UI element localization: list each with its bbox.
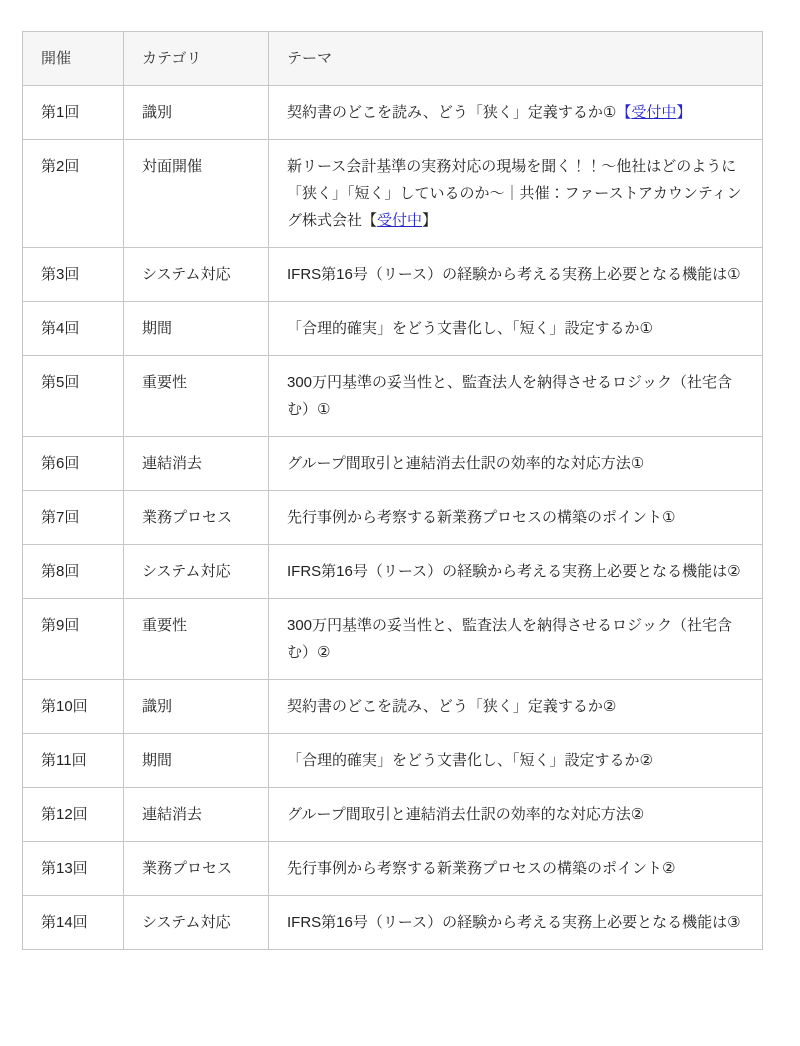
category-cell: 業務プロセス [124,491,269,545]
theme-cell: 新リース会計基準の実務対応の現場を聞く！！～他社はどのように「狭く」「短く」して… [269,140,763,248]
status-bracket-open: 【 [362,212,377,229]
table-row-第14回: 第14回システム対応IFRS第16号（リース）の経験から考える実務上必要となる機… [23,896,763,950]
session-cell: 第5回 [23,356,124,437]
theme-cell: グループ間取引と連結消去仕訳の効率的な対応方法① [269,437,763,491]
table-row-第8回: 第8回システム対応IFRS第16号（リース）の経験から考える実務上必要となる機能… [23,545,763,599]
session-cell: 第12回 [23,788,124,842]
theme-text: IFRS第16号（リース）の経験から考える実務上必要となる機能は③ [287,914,741,931]
theme-text: 先行事例から考察する新業務プロセスの構築のポイント① [287,509,675,526]
table-row-第9回: 第9回重要性300万円基準の妥当性と、監査法人を納得させるロジック（社宅含む）② [23,599,763,680]
theme-text: 「合理的確実」をどう文書化し、「短く」設定するか② [287,752,653,769]
category-cell: 業務プロセス [124,842,269,896]
session-cell: 第8回 [23,545,124,599]
category-cell: システム対応 [124,545,269,599]
session-cell: 第2回 [23,140,124,248]
session-cell: 第13回 [23,842,124,896]
category-cell: 重要性 [124,599,269,680]
theme-cell: 先行事例から考察する新業務プロセスの構築のポイント① [269,491,763,545]
theme-cell: グループ間取引と連結消去仕訳の効率的な対応方法② [269,788,763,842]
theme-text: グループ間取引と連結消去仕訳の効率的な対応方法② [287,806,644,823]
category-cell: 期間 [124,734,269,788]
session-cell: 第3回 [23,248,124,302]
category-cell: 識別 [124,86,269,140]
theme-text: グループ間取引と連結消去仕訳の効率的な対応方法① [287,455,644,472]
theme-cell: 「合理的確実」をどう文書化し、「短く」設定するか② [269,734,763,788]
table-header-row: 開催 カテゴリ テーマ [23,32,763,86]
table-row-第1回: 第1回識別契約書のどこを読み、どう「狭く」定義するか①【受付中】 [23,86,763,140]
status-bracket-close: 】 [676,104,691,121]
category-cell: システム対応 [124,248,269,302]
session-cell: 第4回 [23,302,124,356]
table-row-第12回: 第12回連結消去グループ間取引と連結消去仕訳の効率的な対応方法② [23,788,763,842]
theme-text: 300万円基準の妥当性と、監査法人を納得させるロジック（社宅含む）① [287,374,732,418]
category-cell: 連結消去 [124,788,269,842]
theme-text: 契約書のどこを読み、どう「狭く」定義するか② [287,698,616,715]
table-row-第6回: 第6回連結消去グループ間取引と連結消去仕訳の効率的な対応方法① [23,437,763,491]
category-cell: 識別 [124,680,269,734]
session-cell: 第14回 [23,896,124,950]
theme-cell: 300万円基準の妥当性と、監査法人を納得させるロジック（社宅含む）① [269,356,763,437]
theme-cell: 300万円基準の妥当性と、監査法人を納得させるロジック（社宅含む）② [269,599,763,680]
category-cell: システム対応 [124,896,269,950]
theme-text: 「合理的確実」をどう文書化し、「短く」設定するか① [287,320,653,337]
theme-cell: IFRS第16号（リース）の経験から考える実務上必要となる機能は③ [269,896,763,950]
session-cell: 第10回 [23,680,124,734]
table-row-第3回: 第3回システム対応IFRS第16号（リース）の経験から考える実務上必要となる機能… [23,248,763,302]
table-header: 開催 カテゴリ テーマ [23,32,763,86]
session-cell: 第1回 [23,86,124,140]
column-header-theme: テーマ [269,32,763,86]
session-cell: 第6回 [23,437,124,491]
theme-cell: 先行事例から考察する新業務プロセスの構築のポイント② [269,842,763,896]
status-link[interactable]: 受付中 [631,104,676,121]
status-bracket-close: 】 [422,212,437,229]
category-cell: 重要性 [124,356,269,437]
theme-text: 契約書のどこを読み、どう「狭く」定義するか① [287,104,616,121]
session-cell: 第7回 [23,491,124,545]
column-header-category: カテゴリ [124,32,269,86]
theme-text: IFRS第16号（リース）の経験から考える実務上必要となる機能は② [287,563,741,580]
table-body: 第1回識別契約書のどこを読み、どう「狭く」定義するか①【受付中】第2回対面開催新… [23,86,763,950]
category-cell: 連結消去 [124,437,269,491]
table-row-第5回: 第5回重要性300万円基準の妥当性と、監査法人を納得させるロジック（社宅含む）① [23,356,763,437]
theme-cell: IFRS第16号（リース）の経験から考える実務上必要となる機能は② [269,545,763,599]
theme-text: IFRS第16号（リース）の経験から考える実務上必要となる機能は① [287,266,741,283]
table-row-第2回: 第2回対面開催新リース会計基準の実務対応の現場を聞く！！～他社はどのように「狭く… [23,140,763,248]
seminar-schedule-table: 開催 カテゴリ テーマ 第1回識別契約書のどこを読み、どう「狭く」定義するか①【… [22,31,763,950]
category-cell: 期間 [124,302,269,356]
status-link[interactable]: 受付中 [377,212,422,229]
theme-text: 先行事例から考察する新業務プロセスの構築のポイント② [287,860,675,877]
table-row-第4回: 第4回期間「合理的確実」をどう文書化し、「短く」設定するか① [23,302,763,356]
session-cell: 第11回 [23,734,124,788]
theme-cell: IFRS第16号（リース）の経験から考える実務上必要となる機能は① [269,248,763,302]
theme-text: 300万円基準の妥当性と、監査法人を納得させるロジック（社宅含む）② [287,617,732,661]
column-header-session: 開催 [23,32,124,86]
page: 開催 カテゴリ テーマ 第1回識別契約書のどこを読み、どう「狭く」定義するか①【… [0,0,800,980]
theme-text: 新リース会計基準の実務対応の現場を聞く！！～他社はどのように「狭く」「短く」して… [287,158,742,229]
table-row-第11回: 第11回期間「合理的確実」をどう文書化し、「短く」設定するか② [23,734,763,788]
table-row-第7回: 第7回業務プロセス先行事例から考察する新業務プロセスの構築のポイント① [23,491,763,545]
theme-cell: 「合理的確実」をどう文書化し、「短く」設定するか① [269,302,763,356]
table-row-第13回: 第13回業務プロセス先行事例から考察する新業務プロセスの構築のポイント② [23,842,763,896]
theme-cell: 契約書のどこを読み、どう「狭く」定義するか② [269,680,763,734]
category-cell: 対面開催 [124,140,269,248]
theme-cell: 契約書のどこを読み、どう「狭く」定義するか①【受付中】 [269,86,763,140]
session-cell: 第9回 [23,599,124,680]
table-row-第10回: 第10回識別契約書のどこを読み、どう「狭く」定義するか② [23,680,763,734]
status-bracket-open: 【 [616,104,631,121]
